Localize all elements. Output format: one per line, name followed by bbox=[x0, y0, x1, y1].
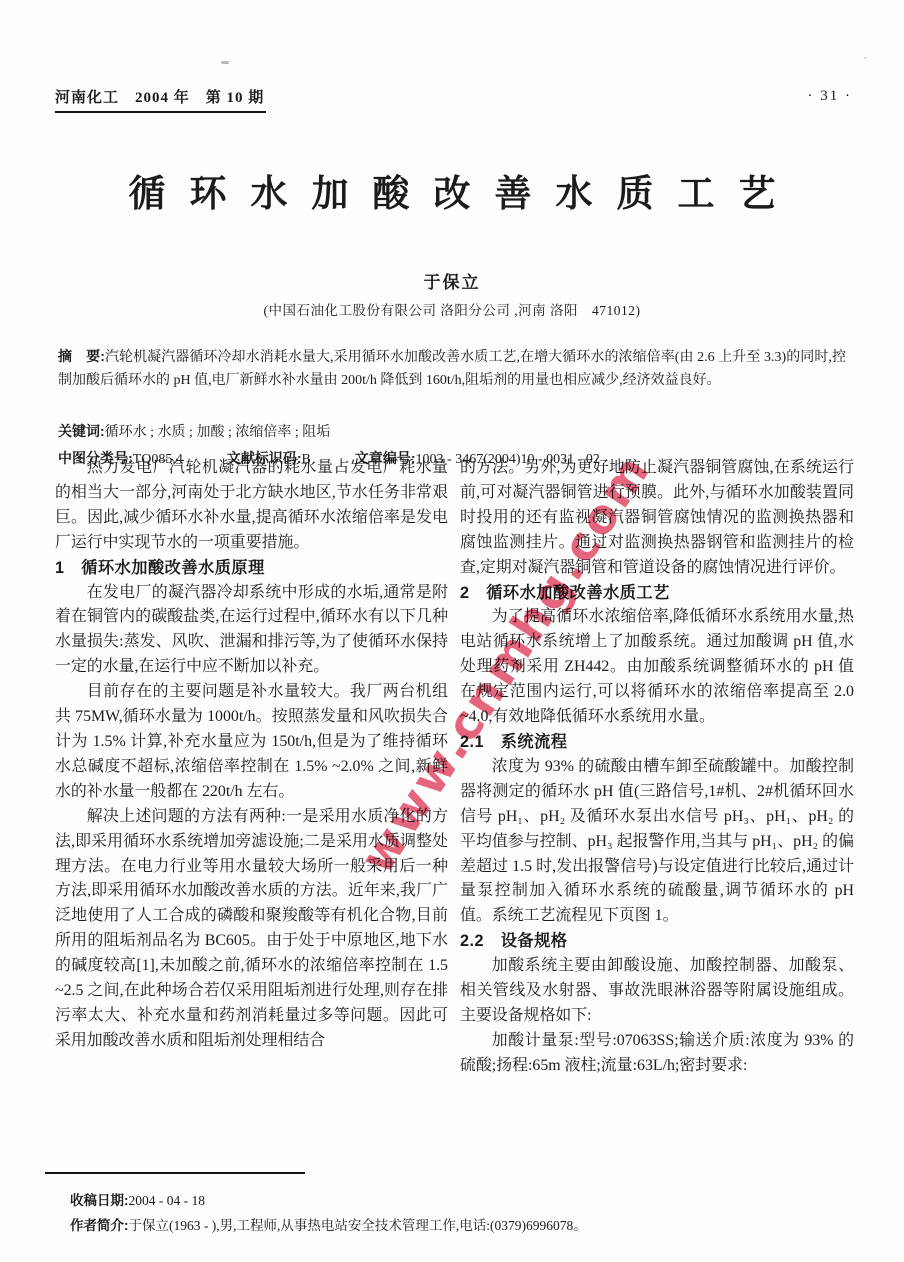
footnote-separator-rule bbox=[45, 1172, 305, 1174]
right-column: 的方法。另外,为更好地防止凝汽器铜管腐蚀,在系统运行前,可对凝汽器铜管进行预膜。… bbox=[460, 456, 854, 1079]
page-number: · 31 · bbox=[808, 86, 853, 105]
keywords-line: 关键词:循环水 ; 水质 ; 加酸 ; 浓缩倍率 ; 阻垢 bbox=[58, 420, 846, 444]
abstract-text: 汽轮机凝汽器循环冷却水消耗水量大,采用循环水加酸改善水质工艺,在增大循环水的浓缩… bbox=[58, 350, 846, 388]
keywords-text: 循环水 ; 水质 ; 加酸 ; 浓缩倍率 ; 阻垢 bbox=[105, 425, 331, 440]
paragraph: 在发电厂的凝汽器冷却系统中形成的水垢,通常是附着在铜管内的碳酸盐类,在运行过程中… bbox=[55, 581, 448, 681]
scan-artifact bbox=[221, 61, 229, 64]
scanned-journal-page: 河南化工 2004 年 第 10 期 · 31 · 循环水加酸改善水质工艺 于保… bbox=[0, 0, 904, 1262]
abstract: 摘 要:汽轮机凝汽器循环冷却水消耗水量大,采用循环水加酸改善水质工艺,在增大循环… bbox=[58, 345, 846, 392]
paragraph: 为了提高循环水浓缩倍率,降低循环水系统用水量,热电站循环水系统增上了加酸系统。通… bbox=[460, 605, 854, 730]
received-date-label: 收稿日期: bbox=[70, 1193, 129, 1208]
section-heading-2-1: 2.1 系统流程 bbox=[460, 730, 854, 755]
author-bio-line: 作者简介:于保立(1963 - ),男,工程师,从事热电站安全技术管理工作,电话… bbox=[70, 1213, 830, 1238]
paragraph: 目前存在的主要问题是补水量较大。我厂两台机组共 75MW,循环水量为 1000t… bbox=[55, 680, 448, 805]
received-date-line: 收稿日期:2004 - 04 - 18 bbox=[70, 1188, 830, 1213]
abstract-label: 摘 要: bbox=[58, 348, 105, 364]
paragraph: 热力发电厂汽轮机凝汽器的耗水量占发电厂耗水量的相当大一部分,河南处于北方缺水地区… bbox=[55, 456, 448, 556]
author-affiliation: (中国石油化工股份有限公司 洛阳分公司 ,河南 洛阳 471012) bbox=[0, 299, 904, 319]
left-column: 热力发电厂汽轮机凝汽器的耗水量占发电厂耗水量的相当大一部分,河南处于北方缺水地区… bbox=[55, 456, 448, 1054]
article-title: 循环水加酸改善水质工艺 bbox=[0, 163, 904, 217]
footnotes: 收稿日期:2004 - 04 - 18 作者简介:于保立(1963 - ),男,… bbox=[70, 1188, 830, 1238]
section-heading-2: 2 循环水加酸改善水质工艺 bbox=[460, 581, 854, 606]
keywords-label: 关键词: bbox=[58, 423, 105, 439]
section-heading-1: 1 循环水加酸改善水质原理 bbox=[55, 556, 448, 581]
paragraph: 加酸计量泵:型号:07063SS;输送介质:浓度为 93% 的硫酸;扬程:65m… bbox=[460, 1029, 854, 1079]
paragraph: 加酸系统主要由卸酸设施、加酸控制器、加酸泵、相关管线及水射器、事故洗眼淋浴器等附… bbox=[460, 954, 854, 1029]
author-bio-value: 于保立(1963 - ),男,工程师,从事热电站安全技术管理工作,电话:(037… bbox=[129, 1218, 587, 1233]
paragraph-continuation: 的方法。另外,为更好地防止凝汽器铜管腐蚀,在系统运行前,可对凝汽器铜管进行预膜。… bbox=[460, 456, 854, 581]
paragraph: 解决上述问题的方法有两种:一是采用水质净化的方法,即采用循环水系统增加旁滤设施;… bbox=[55, 805, 448, 1054]
journal-name-issue: 河南化工 2004 年 第 10 期 bbox=[55, 86, 266, 113]
section-heading-2-2: 2.2 设备规格 bbox=[460, 929, 854, 954]
page-header: 河南化工 2004 年 第 10 期 · 31 · bbox=[55, 86, 852, 113]
author-name: 于保立 bbox=[0, 268, 904, 293]
received-date-value: 2004 - 04 - 18 bbox=[129, 1193, 206, 1208]
author-bio-label: 作者简介: bbox=[70, 1218, 129, 1233]
paragraph: 浓度为 93% 的硫酸由槽车卸至硫酸罐中。加酸控制器将测定的循环水 pH 值(三… bbox=[460, 755, 854, 929]
scan-artifact bbox=[864, 57, 867, 59]
